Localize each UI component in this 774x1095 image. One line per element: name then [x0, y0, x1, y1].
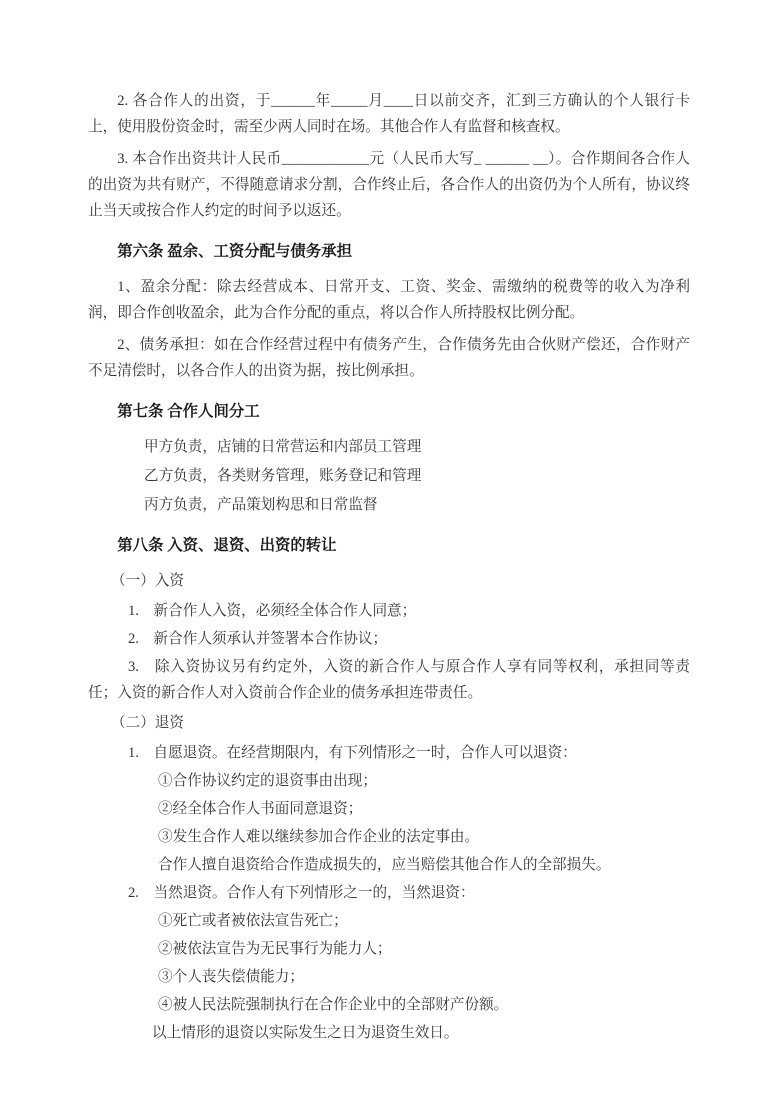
subsection-join-capital: （一）入资	[88, 568, 690, 594]
clause-automatic-2: ②被依法宣告为无民事行为能力人；	[88, 936, 690, 962]
heading-article-8: 第八条 入资、退资、出资的转让	[88, 533, 690, 559]
list-item-automatic-withdrawal: 2. 当然退资。合作人有下列情形之一的，当然退资：	[88, 880, 690, 906]
clause-voluntary-3: ③发生合作人难以继续参加合作企业的法定事由。	[88, 824, 690, 850]
duty-line-party-a: 甲方负责，店铺的日常营运和内部员工管理	[88, 434, 690, 460]
paragraph-capital-due-date: 2. 各合作人的出资，于______年_____月____日以前交齐，汇到三方确…	[88, 88, 690, 140]
paragraph-surplus-distribution: 1、盈余分配：除去经营成本、日常开支、工资、奖金、需缴纳的税费等的收入为净利润，…	[88, 274, 690, 326]
clause-automatic-4: ④被人民法院强制执行在合作企业中的全部财产份额。	[88, 992, 690, 1018]
list-item-join-2: 2. 新合作人须承认并签署本合作协议；	[88, 626, 690, 652]
duty-line-party-b: 乙方负责，各类财务管理，账务登记和管理	[88, 463, 690, 489]
clause-voluntary-2: ②经全体合作人书面同意退资；	[88, 796, 690, 822]
paragraph-total-capital: 3. 本合作出资共计人民币____________元（人民币大写_ ______…	[88, 146, 690, 224]
paragraph-debt-liability: 2、债务承担：如在合作经营过程中有债务产生，合作债务先由合伙财产偿还，合作财产不…	[88, 332, 690, 384]
list-item-join-3: 3. 除入资协议另有约定外，入资的新合作人与原合作人享有同等权利，承担同等责任；…	[88, 654, 690, 706]
withdrawal-effective-date-note: 以上情形的退资以实际发生之日为退资生效日。	[88, 1020, 690, 1046]
heading-article-7: 第七条 合作人间分工	[88, 399, 690, 425]
document-page: 2. 各合作人的出资，于______年_____月____日以前交齐，汇到三方确…	[0, 0, 774, 1095]
list-item-voluntary-withdrawal: 1. 自愿退资。在经营期限内，有下列情形之一时，合作人可以退资：	[88, 740, 690, 766]
list-item-join-1: 1. 新合作人入资，必须经全体合作人同意；	[88, 598, 690, 624]
clause-automatic-1: ①死亡或者被依法宣告死亡；	[88, 908, 690, 934]
clause-automatic-3: ③个人丧失偿债能力；	[88, 964, 690, 990]
clause-voluntary-1: ①合作协议约定的退资事由出现；	[88, 768, 690, 794]
duty-line-party-c: 丙方负责，产品策划构思和日常监督	[88, 492, 690, 518]
heading-article-6: 第六条 盈余、工资分配与债务承担	[88, 239, 690, 265]
subsection-withdraw-capital: （二）退资	[88, 710, 690, 736]
clause-unauthorized-withdrawal: 合作人擅自退资给合作造成损失的，应当赔偿其他合作人的全部损失。	[88, 852, 690, 878]
